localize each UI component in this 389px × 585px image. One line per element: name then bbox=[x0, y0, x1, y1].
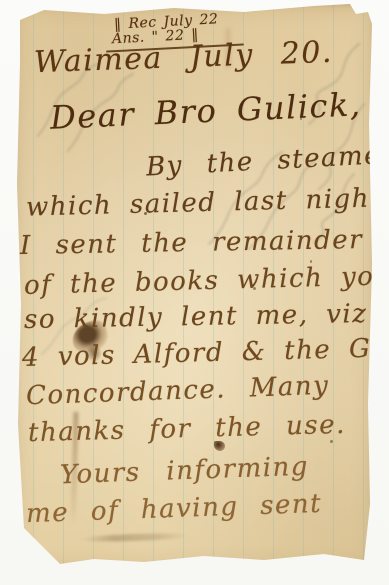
smudge-streak bbox=[80, 532, 190, 543]
body-line: I sent the remainder bbox=[20, 225, 364, 261]
body-line: of the books which you bbox=[24, 261, 389, 301]
scanned-letter-image: ‖ Rec July 22 Ans. " 22 ‖ Waimea July 20… bbox=[0, 0, 389, 585]
body-line: Yours informing bbox=[60, 452, 310, 491]
body-line: me of having sent bbox=[26, 489, 323, 529]
letter-page: ‖ Rec July 22 Ans. " 22 ‖ Waimea July 20… bbox=[14, 4, 374, 570]
body-line: Concordance. Many bbox=[26, 371, 330, 412]
body-line: so kindly lent me, viz bbox=[24, 299, 368, 335]
paper-speck bbox=[330, 440, 333, 443]
